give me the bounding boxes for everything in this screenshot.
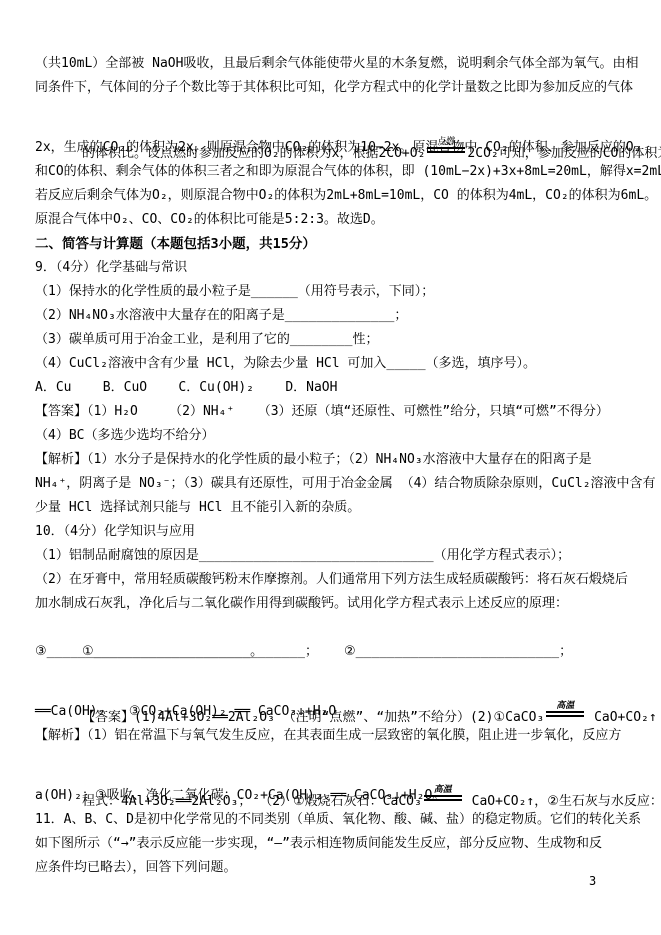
q10-analysis-line-1: 【解析】（1）铝在常温下与氧气发生反应，在其表面生成一层致密的氧化膜，阻止进一步… <box>35 724 635 748</box>
q8-analysis-formula-line: 的体积比。设点燃时参加反应的O₂的体积为x，根据2CO+O₂点燃2CO₂可知，参… <box>35 100 635 136</box>
q9-options: A．Cu B．CuO C．Cu(OH)₂ D．NaOH <box>35 376 635 400</box>
formula-post-text: CaO+CO₂↑，②生石灰与水反应：CaO+H₂O ══ C <box>464 794 661 809</box>
q11-intro-line-2: 如下图所示（“→”表示反应能一步实现，“—”表示相连物质间能发生反应，部分反应物… <box>35 832 635 856</box>
q11-intro-line-3: 应条件均已略去），回答下列问题。 <box>35 856 635 880</box>
q10-analysis-line-2: 程式：4Al+3O₂══2Al₂O₃； （2）①煅烧石灰石：CaCO₃高温 Ca… <box>35 748 635 784</box>
q8-analysis-line: （共10mL）全部被 NaOH吸收，且最后剩余气体能使带火星的木条复燃，说明剩余… <box>35 52 635 76</box>
q10-item-1: （1）铝制品耐腐蚀的原因是___________________________… <box>35 544 635 568</box>
q8-analysis-line: 和CO的体积、剩余气体的体积三者之和即为原混合气体的体积，即 (10mL−2x)… <box>35 160 635 184</box>
formula-post-text: CaO+CO₂↑ ②CaO+H₂O <box>586 710 661 725</box>
q10-answer-line-1: 【答案】(1)4Al+3O₂══2Al₂O₃ （注明“点燃”、“加热”不给分）(… <box>35 664 635 700</box>
q8-analysis-line: 若反应后剩余气体为O₂，则原混合物中O₂的体积为2mL+8mL=10mL，CO … <box>35 184 635 208</box>
q9-item-3: （3）碳单质可用于冶金工业，是利用了它的________性； <box>35 328 635 352</box>
equals-double-line <box>546 711 584 717</box>
q10-blank-2: ②__________________________； <box>344 644 572 659</box>
q9-answer-line-1: 【答案】（1）H₂O （2）NH₄⁺ （3）还原（填“还原性、可燃性”给分，只填… <box>35 400 635 424</box>
q8-analysis-line: 2x，生成的CO₂的体积为2x，则原混合物中CO₂的体积为10−2x。原混合物中… <box>35 136 635 160</box>
reaction-condition-high-temp: 高温 <box>422 795 464 803</box>
q9-title: 9．（4分）化学基础与常识 <box>35 256 635 280</box>
equals-double-line <box>424 795 462 801</box>
q9-item-4: （4）CuCl₂溶液中含有少量 HCl，为除去少量 HCl 可加入_____（多… <box>35 352 635 376</box>
document-content: （共10mL）全部被 NaOH吸收，且最后剩余气体能使带火星的木条复燃，说明剩余… <box>35 52 635 880</box>
equals-double-line <box>427 147 465 153</box>
reaction-condition-label: 高温 <box>422 786 464 795</box>
reaction-condition-high-temp: 高温 <box>544 711 586 719</box>
q10-title: 10．（4分）化学知识与应用 <box>35 520 635 544</box>
q10-blank-row-1: ①___________________________；②__________… <box>35 616 635 640</box>
q10-item-2-line-1: （2）在牙膏中，常用轻质碳酸钙粉末作摩擦剂。人们通常用下列方法生成轻质碳酸钙：将… <box>35 568 635 592</box>
q9-analysis-line-2: NH₄⁺，阴离子是 NO₃⁻；（3）碳具有还原性，可用于冶金金属 （4）结合物质… <box>35 472 635 496</box>
q8-analysis-line: 同条件下，气体间的分子个数比等于其体积比可知，化学方程式中的化学计量数之比即为参… <box>35 76 635 100</box>
section-two-header: 二、简答与计算题（本题包括3小题，共15分） <box>35 232 635 256</box>
q9-item-1: （1）保持水的化学性质的最小粒子是______（用符号表示，下同）； <box>35 280 635 304</box>
q9-answer-line-2: （4）BC（多选少选均不给分） <box>35 424 635 448</box>
reaction-condition-label: 点燃 <box>425 138 467 147</box>
q9-analysis-line-1: 【解析】（1）水分子是保持水的化学性质的最小粒子；（2）NH₄NO₃水溶液中大量… <box>35 448 635 472</box>
q8-analysis-line: 原混合气体中O₂、CO、CO₂的体积比可能是5:2:3。故选D。 <box>35 208 635 232</box>
reaction-condition-label: 高温 <box>544 702 586 711</box>
page-number: 3 <box>589 871 596 891</box>
q10-item-2-line-2: 加水制成石灰乳，净化后与二氧化碳作用得到碳酸钙。试用化学方程式表示上述反应的原理… <box>35 592 635 616</box>
document-page: （共10mL）全部被 NaOH吸收，且最后剩余气体能使带火星的木条复燃，说明剩余… <box>0 0 661 935</box>
q11-intro-line-1: 11．A、B、C、D是初中化学常见的不同类别（单质、氧化物、酸、碱、盐）的稳定物… <box>35 808 635 832</box>
q9-item-2: （2）NH₄NO₃水溶液中大量存在的阳离子是______________； <box>35 304 635 328</box>
reaction-condition-ignite: 点燃 <box>425 147 467 155</box>
q9-analysis-line-3: 少量 HCl 选择试剂只能与 HCl 且不能引入新的杂质。 <box>35 496 635 520</box>
